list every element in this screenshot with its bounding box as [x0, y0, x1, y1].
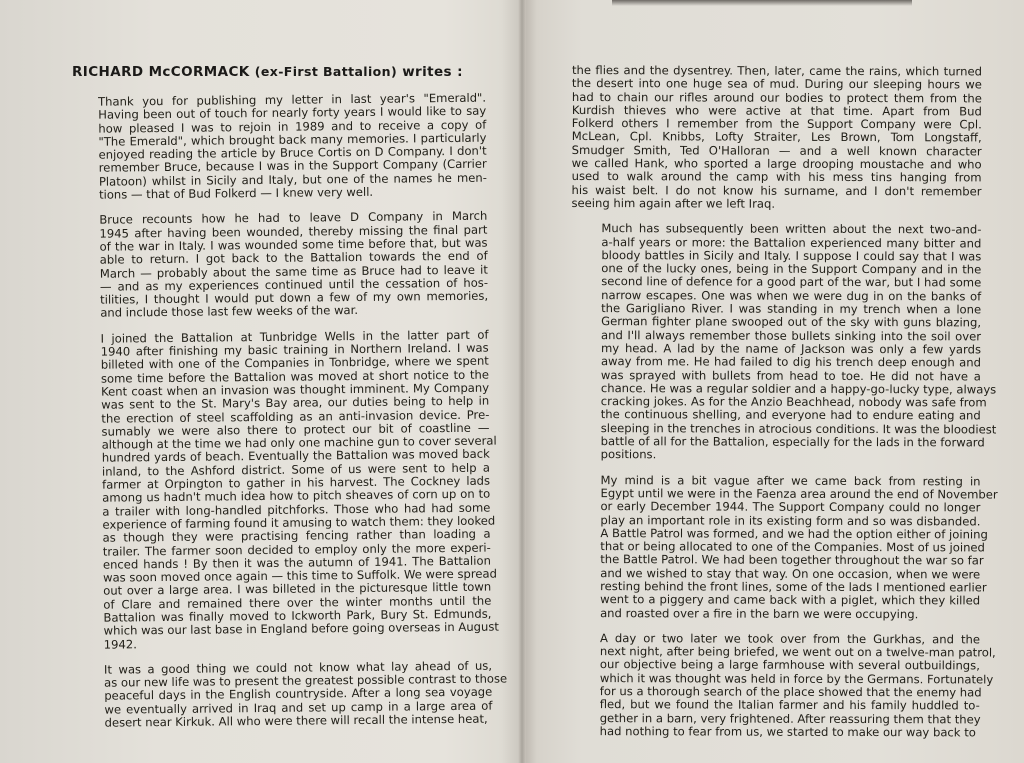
article-paragraph: It was a good thing we could not know wh… [74, 659, 493, 730]
article-paragraph: Thank you for publishing my letter in la… [68, 92, 487, 203]
article-paragraph: My mind is a bit vague after we came bac… [570, 474, 981, 622]
text-line: and roasted over a fire in the barn we w… [570, 607, 980, 622]
text-line: and include those last few weeks of the … [70, 303, 488, 321]
text-line: seeing him again after we left Iraq. [571, 197, 981, 212]
right-column: the flies and the dysentrey. Then, later… [570, 64, 982, 752]
article-paragraph: the flies and the dysentrey. Then, later… [571, 64, 982, 212]
article-paragraph: I joined the Battalion at Tunbridge Well… [70, 328, 491, 651]
heading-verb: writes : [402, 64, 463, 80]
author-affiliation: (ex-First Battalion) [255, 64, 397, 79]
text-line: had nothing to fear from us, we started … [570, 725, 980, 740]
text-line: desert near Kirkuk. All who were there w… [75, 713, 493, 731]
article-paragraph: Much has subsequently been written about… [571, 222, 982, 463]
left-column: Thank you for publishing my letter in la… [68, 92, 493, 743]
author-name: RICHARD McCORMACK [72, 64, 250, 80]
magazine-spread: RICHARD McCORMACK (ex-First Battalion) w… [0, 0, 1024, 763]
article-paragraph: A day or two later we took over from the… [570, 632, 980, 740]
page-edge-shadow [612, 0, 912, 6]
article-paragraph: Bruce recounts how he had to leave D Com… [69, 210, 488, 321]
text-line: positions. [571, 448, 981, 463]
book-spine [518, 0, 526, 763]
text-line: tions — that of Bud Folkerd — I knew ver… [69, 185, 487, 203]
text-line: 1942. [74, 634, 492, 652]
left-page: RICHARD McCORMACK (ex-First Battalion) w… [0, 0, 522, 763]
article-heading: RICHARD McCORMACK (ex-First Battalion) w… [72, 64, 463, 80]
